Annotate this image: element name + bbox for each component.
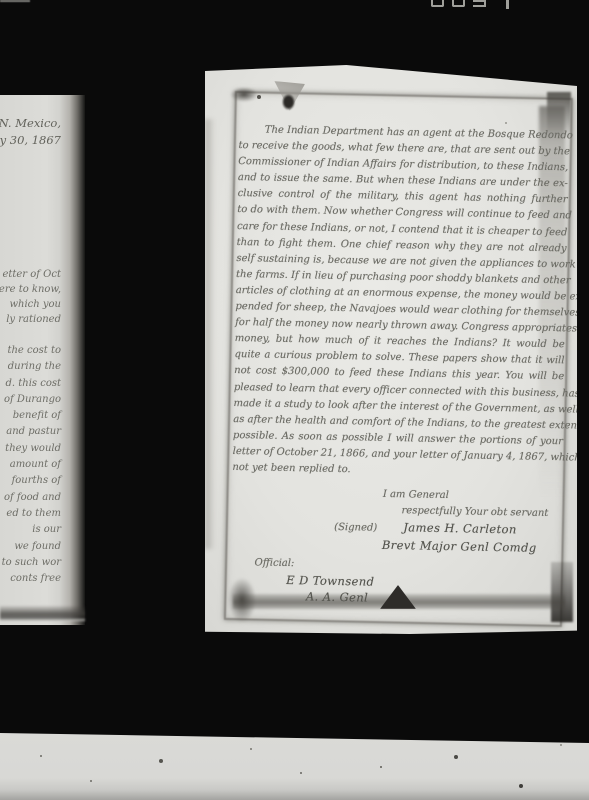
counter-digit-5 [473,0,486,7]
text-line: and pastur [2,424,61,440]
text-line: here to know, [0,282,61,297]
dust-specks [0,0,2,2]
letter-page: The Indian Department has an agent at th… [205,64,577,634]
letter-text-lines: The Indian Department has an agent at th… [232,122,569,482]
text-line: etter of Oct [0,267,61,282]
signed-label: (Signed) [334,522,377,534]
text-line: d. this cost [2,376,61,392]
text-line: they would [2,441,61,457]
text-line: amount of [2,457,61,473]
text-line: benefit of [2,408,61,424]
letter-closing: I am General respectfully Your obt serva… [230,484,562,609]
signer-title: Brevt Major Genl Comdg [382,537,561,556]
text-line: ly rationed [0,312,61,327]
left-page-upper-fragments: etter of Octhere to know,which youly rat… [0,267,61,327]
text-line: of food and [2,490,61,506]
counter-digit-0 [452,0,465,7]
left-page-header-fragments: N. Mexico,uary 30, 1867 [0,115,61,149]
left-edge-smudge [205,119,215,549]
text-line: to such wor [2,555,61,571]
left-page-lower-fragments: the cost toduring thed. this costof Dura… [2,343,61,587]
counter-digit-1 [506,0,509,9]
text-line: is our [2,522,61,538]
film-edge-mark [0,0,30,2]
text-line: we found [2,539,61,555]
text-line: ed to them [2,506,61,522]
left-partial-page: N. Mexico,uary 30, 1867 etter of Octhere… [0,95,85,625]
signature: James H. Carleton [403,520,517,536]
text-line: which you [0,297,61,312]
text-line: N. Mexico, [0,115,61,132]
letter-body: The Indian Department has an agent at th… [230,122,569,609]
film-bottom-strip [0,727,589,800]
frame-counter [431,0,509,9]
text-line: during the [2,359,61,375]
microfilm-photo: N. Mexico,uary 30, 1867 etter of Octhere… [0,0,589,800]
text-line: fourths of [2,473,61,489]
text-line: of Durango [2,392,61,408]
text-line: uary 30, 1867 [0,132,61,149]
counter-digit-0 [431,0,444,7]
text-line: the cost to [2,343,61,359]
text-line: conts free [2,571,61,587]
